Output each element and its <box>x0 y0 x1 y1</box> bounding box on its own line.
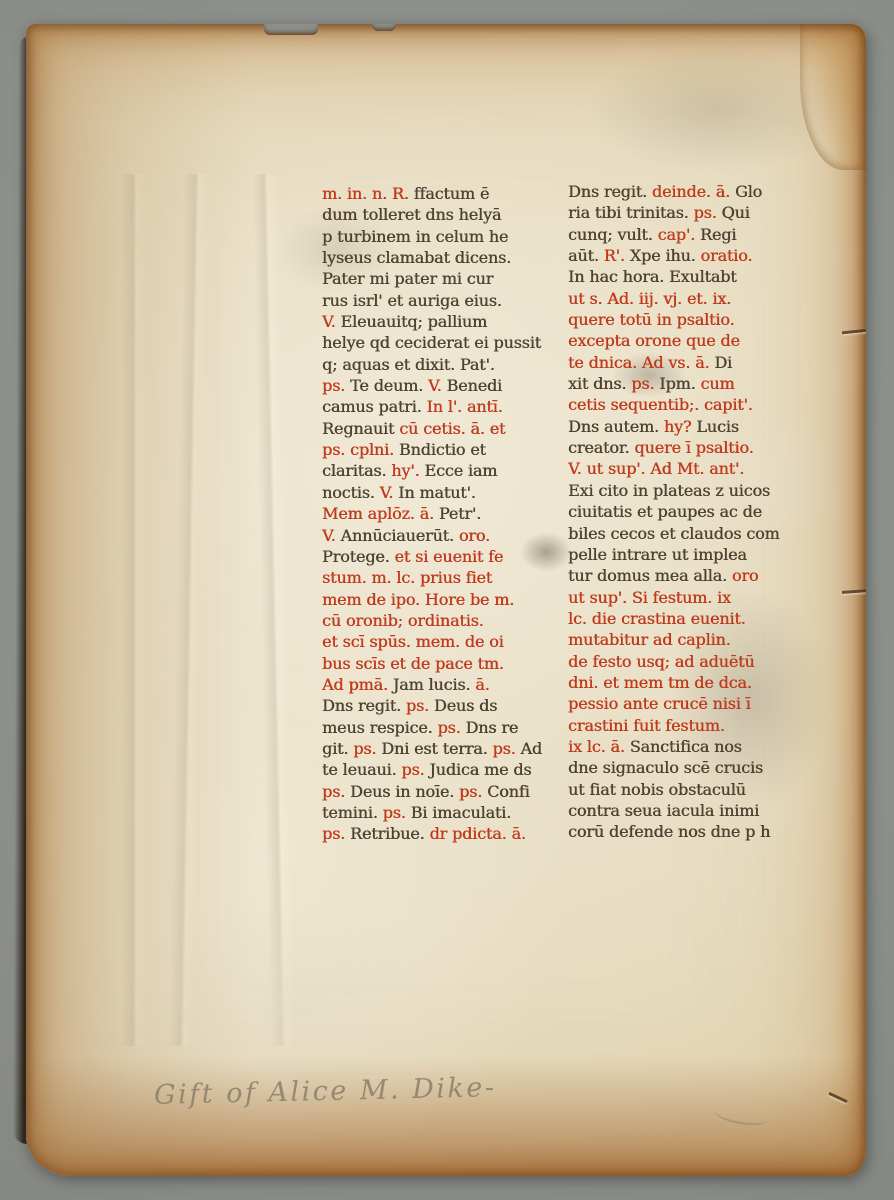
manuscript-line: ps. cplni. Bndictio et <box>322 439 542 460</box>
manuscript-line: tur domus mea alla. oro <box>568 565 780 586</box>
manuscript-line: contra seua iacula inimi <box>568 800 780 821</box>
black-ink-text: Judica me ds <box>429 760 531 779</box>
black-ink-text: Dns regit. <box>322 696 406 715</box>
red-ink-text: ps. cplni. <box>322 440 399 459</box>
black-ink-text: corū defende nos dne p h <box>568 822 770 841</box>
manuscript-line: aūt. R'. Xpe ihu. oratio. <box>568 245 780 266</box>
manuscript-line: Regnauit cū cetis. ā. et <box>322 418 542 439</box>
left-shading <box>26 24 256 1176</box>
crease-mark <box>121 174 147 1046</box>
black-ink-text: biles cecos et claudos com <box>568 524 780 543</box>
black-ink-text: Lucis <box>696 417 738 436</box>
black-ink-text: Deus ds <box>434 696 497 715</box>
red-ink-text: Mem aplōz. ā. <box>322 504 439 523</box>
manuscript-line: Pater mi pater mi cur <box>322 268 542 289</box>
black-ink-text: Retribue. <box>350 824 429 843</box>
black-ink-text: Xpe ihu. <box>630 246 701 265</box>
edge-tear <box>842 589 866 594</box>
corner-fold <box>800 24 866 170</box>
black-ink-text: temini. <box>322 803 383 822</box>
red-ink-text: crastini fuit festum. <box>568 716 725 735</box>
red-ink-text: cap'. <box>658 225 700 244</box>
red-ink-text: cum <box>700 374 734 393</box>
manuscript-line: dne signaculo scē crucis <box>568 757 780 778</box>
red-ink-text: excepta orone que de <box>568 331 740 350</box>
manuscript-line: V. ut sup'. Ad Mt. ant'. <box>568 458 780 479</box>
black-ink-text: Qui <box>722 203 750 222</box>
manuscript-line: excepta orone que de <box>568 330 780 351</box>
black-ink-text: Ecce iam <box>424 461 497 480</box>
red-ink-text: ā. <box>475 675 489 694</box>
red-ink-text: oro <box>732 566 758 585</box>
manuscript-line: bus scīs et de pace tm. <box>322 653 542 674</box>
black-ink-text: Eleuauitq; pallium <box>340 312 487 331</box>
black-ink-text: Dni est terra. <box>381 739 492 758</box>
manuscript-line: lc. die crastina euenit. <box>568 608 780 629</box>
black-ink-text: Di <box>714 353 732 372</box>
manuscript-line: quere totū in psaltio. <box>568 309 780 330</box>
edge-tear <box>828 1092 847 1103</box>
red-ink-text: ps. <box>383 803 411 822</box>
red-ink-text: deinde. ā. <box>652 182 735 201</box>
manuscript-line: Dns regit. deinde. ā. Glo <box>568 181 780 202</box>
manuscript-line: ut fiat nobis obstaculū <box>568 779 780 800</box>
black-ink-text: lyseus clamabat dicens. <box>322 248 511 267</box>
red-ink-text: ps. <box>322 782 350 801</box>
manuscript-line: q; aquas et dixit. Pat'. <box>322 354 542 375</box>
manuscript-line: cetis sequentib;. capit'. <box>568 394 780 415</box>
manuscript-line: xit dns. ps. Ipm. cum <box>568 373 780 394</box>
red-ink-text: cū cetis. ā. et <box>399 419 505 438</box>
black-ink-text: p turbinem in celum he <box>322 227 508 246</box>
manuscript-line: te leuaui. ps. Judica me ds <box>322 759 542 780</box>
manuscript-line: In hac hora. Exultabt <box>568 266 780 287</box>
manuscript-line: de festo usq; ad aduētū <box>568 651 780 672</box>
black-ink-text: Regi <box>700 225 736 244</box>
red-ink-text: V. <box>428 376 446 395</box>
manuscript-line: Exi cito in plateas z uicos <box>568 480 780 501</box>
red-ink-text: In l'. antī. <box>426 397 502 416</box>
manuscript-line: dni. et mem tm de dca. <box>568 672 780 693</box>
black-ink-text: Exi cito in plateas z uicos <box>568 481 770 500</box>
crease-mark <box>168 174 209 1046</box>
manuscript-line: Mem aplōz. ā. Petr'. <box>322 503 542 524</box>
red-ink-text: lc. die crastina euenit. <box>568 609 746 628</box>
manuscript-line: creator. quere ī psaltio. <box>568 437 780 458</box>
red-ink-text: V. ut sup'. Ad Mt. ant'. <box>568 459 744 478</box>
manuscript-line: ps. Retribue. dr pdicta. ā. <box>322 823 542 844</box>
red-ink-text: ut s. Ad. iij. vj. et. ix. <box>568 289 731 308</box>
red-ink-text: ps. <box>322 824 350 843</box>
red-ink-text: V. <box>322 526 340 545</box>
manuscript-line: helye qd ceciderat ei pussit <box>322 332 542 353</box>
black-ink-text: Glo <box>735 182 762 201</box>
manuscript-line: ut s. Ad. iij. vj. et. ix. <box>568 288 780 309</box>
text-column-left: m. in. n. R. ffactum ēdum tolleret dns h… <box>322 183 542 845</box>
manuscript-line: noctis. V. In matut'. <box>322 482 542 503</box>
black-ink-text: ciuitatis et paupes ac de <box>568 502 762 521</box>
red-ink-text: ps. <box>694 203 722 222</box>
top-edge-notch <box>372 24 396 31</box>
black-ink-text: Annūciauerūt. <box>340 526 458 545</box>
manuscript-line: claritas. hy'. Ecce iam <box>322 460 542 481</box>
black-ink-text: Pater mi pater mi cur <box>322 269 493 288</box>
black-ink-text: pelle intrare ut implea <box>568 545 747 564</box>
manuscript-line: p turbinem in celum he <box>322 226 542 247</box>
black-ink-text: Dns re <box>465 718 518 737</box>
red-ink-text: ps. <box>631 374 659 393</box>
manuscript-line: camus patri. In l'. antī. <box>322 396 542 417</box>
red-ink-text: R'. <box>604 246 630 265</box>
crease-mark <box>252 174 296 1046</box>
black-ink-text: In hac hora. Exultabt <box>568 267 737 286</box>
red-ink-text: V. <box>322 312 340 331</box>
black-ink-text: xit dns. <box>568 374 631 393</box>
red-ink-text: et scī spūs. mem. de oi <box>322 632 504 651</box>
red-ink-text: dr pdicta. ā. <box>429 824 525 843</box>
red-ink-text: cū oronib; ordinatis. <box>322 611 484 630</box>
manuscript-line: ix lc. ā. Sanctifica nos <box>568 736 780 757</box>
red-ink-text: Ad pmā. <box>322 675 393 694</box>
manuscript-leaf: m. in. n. R. ffactum ēdum tolleret dns h… <box>26 24 866 1176</box>
manuscript-line: Protege. et si euenit fe <box>322 546 542 567</box>
manuscript-line: dum tolleret dns helyā <box>322 204 542 225</box>
black-ink-text: creator. <box>568 438 634 457</box>
black-ink-text: Deus in noīe. <box>350 782 459 801</box>
manuscript-line: biles cecos et claudos com <box>568 523 780 544</box>
manuscript-line: mutabitur ad caplin. <box>568 629 780 650</box>
manuscript-line: ut sup'. Si festum. ix <box>568 587 780 608</box>
manuscript-line: temini. ps. Bi imaculati. <box>322 802 542 823</box>
pencil-inscription: Gift of Alice M. Dike- <box>154 1072 497 1111</box>
red-ink-text: mem de ipo. Hore be m. <box>322 590 514 609</box>
black-ink-text: Protege. <box>322 547 394 566</box>
manuscript-line: pessio ante crucē nisi ī <box>568 693 780 714</box>
manuscript-line: corū defende nos dne p h <box>568 821 780 842</box>
photo-background: m. in. n. R. ffactum ēdum tolleret dns h… <box>0 0 894 1200</box>
red-ink-text: ut sup'. Si festum. ix <box>568 588 731 607</box>
black-ink-text: ria tibi trinitas. <box>568 203 694 222</box>
black-ink-text: helye qd ceciderat ei pussit <box>322 333 541 352</box>
manuscript-line: te dnica. Ad vs. ā. Di <box>568 352 780 373</box>
manuscript-line: cunq; vult. cap'. Regi <box>568 224 780 245</box>
black-ink-text: q; aquas et dixit. Pat'. <box>322 355 495 374</box>
faint-pencil-mark <box>713 1101 769 1128</box>
manuscript-line: V. Annūciauerūt. oro. <box>322 525 542 546</box>
red-ink-text: ps. <box>492 739 520 758</box>
black-ink-text: Ad <box>520 739 542 758</box>
black-ink-text: rus isrl' et auriga eius. <box>322 291 502 310</box>
red-ink-text: m. in. n. R. <box>322 184 414 203</box>
red-ink-text: ps. <box>401 760 429 779</box>
red-ink-text: ps. <box>459 782 487 801</box>
black-ink-text: contra seua iacula inimi <box>568 801 759 820</box>
black-ink-text: meus respice. <box>322 718 437 737</box>
black-ink-text: Petr'. <box>439 504 481 523</box>
black-ink-text: Regnauit <box>322 419 399 438</box>
manuscript-line: ps. Deus in noīe. ps. Confi <box>322 781 542 802</box>
black-ink-text: te leuaui. <box>322 760 401 779</box>
red-ink-text: ps. <box>437 718 465 737</box>
edge-tear <box>842 329 866 335</box>
red-ink-text: cetis sequentib;. capit'. <box>568 395 753 414</box>
black-ink-text: noctis. <box>322 483 380 502</box>
black-ink-text: Sanctifica nos <box>630 737 742 756</box>
manuscript-line: git. ps. Dni est terra. ps. Ad <box>322 738 542 759</box>
black-ink-text: aūt. <box>568 246 604 265</box>
red-ink-text: de festo usq; ad aduētū <box>568 652 755 671</box>
red-ink-text: ps. <box>406 696 434 715</box>
manuscript-line: V. Eleuauitq; pallium <box>322 311 542 332</box>
red-ink-text: oro. <box>459 526 490 545</box>
manuscript-line: pelle intrare ut implea <box>568 544 780 565</box>
black-ink-text: ffactum ē <box>414 184 489 203</box>
top-edge-notch <box>264 24 318 35</box>
red-ink-text: pessio ante crucē nisi ī <box>568 694 751 713</box>
black-ink-text: camus patri. <box>322 397 426 416</box>
red-ink-text: dni. et mem tm de dca. <box>568 673 752 692</box>
black-ink-text: tur domus mea alla. <box>568 566 732 585</box>
red-ink-text: quere ī psaltio. <box>634 438 753 457</box>
text-column-right: Dns regit. deinde. ā. Gloria tibi trinit… <box>568 181 780 843</box>
red-ink-text: hy? <box>664 417 696 436</box>
manuscript-line: ciuitatis et paupes ac de <box>568 501 780 522</box>
black-ink-text: Bi imaculati. <box>411 803 511 822</box>
black-ink-text: dum tolleret dns helyā <box>322 205 501 224</box>
manuscript-line: Ad pmā. Jam lucis. ā. <box>322 674 542 695</box>
red-ink-text: oratio. <box>700 246 752 265</box>
red-ink-text: et si euenit fe <box>394 547 503 566</box>
red-ink-text: ps. <box>353 739 381 758</box>
manuscript-line: m. in. n. R. ffactum ē <box>322 183 542 204</box>
manuscript-line: mem de ipo. Hore be m. <box>322 589 542 610</box>
black-ink-text: Confi <box>487 782 529 801</box>
black-ink-text: git. <box>322 739 353 758</box>
red-ink-text: ix lc. ā. <box>568 737 630 756</box>
manuscript-line: et scī spūs. mem. de oi <box>322 631 542 652</box>
red-ink-text: te dnica. Ad vs. ā. <box>568 353 714 372</box>
manuscript-line: Dns regit. ps. Deus ds <box>322 695 542 716</box>
black-ink-text: Dns regit. <box>568 182 652 201</box>
red-ink-text: ps. <box>322 376 350 395</box>
manuscript-line: rus isrl' et auriga eius. <box>322 290 542 311</box>
black-ink-text: claritas. <box>322 461 391 480</box>
manuscript-line: Dns autem. hy? Lucis <box>568 416 780 437</box>
black-ink-text: ut fiat nobis obstaculū <box>568 780 746 799</box>
red-ink-text: bus scīs et de pace tm. <box>322 654 504 673</box>
manuscript-line: crastini fuit festum. <box>568 715 780 736</box>
black-ink-text: Jam lucis. <box>393 675 475 694</box>
black-ink-text: In matut'. <box>398 483 476 502</box>
manuscript-line: ps. Te deum. V. Benedi <box>322 375 542 396</box>
red-ink-text: hy'. <box>391 461 424 480</box>
manuscript-line: ria tibi trinitas. ps. Qui <box>568 202 780 223</box>
manuscript-line: lyseus clamabat dicens. <box>322 247 542 268</box>
red-ink-text: quere totū in psaltio. <box>568 310 734 329</box>
manuscript-line: stum. m. lc. prius fiet <box>322 567 542 588</box>
black-ink-text: dne signaculo scē crucis <box>568 758 763 777</box>
black-ink-text: Bndictio et <box>399 440 486 459</box>
black-ink-text: Te deum. <box>350 376 428 395</box>
black-ink-text: cunq; vult. <box>568 225 658 244</box>
black-ink-text: Ipm. <box>659 374 700 393</box>
black-ink-text: Dns autem. <box>568 417 664 436</box>
manuscript-line: meus respice. ps. Dns re <box>322 717 542 738</box>
manuscript-line: cū oronib; ordinatis. <box>322 610 542 631</box>
red-ink-text: V. <box>380 483 398 502</box>
black-ink-text: Benedi <box>447 376 502 395</box>
red-ink-text: mutabitur ad caplin. <box>568 630 731 649</box>
red-ink-text: stum. m. lc. prius fiet <box>322 568 492 587</box>
